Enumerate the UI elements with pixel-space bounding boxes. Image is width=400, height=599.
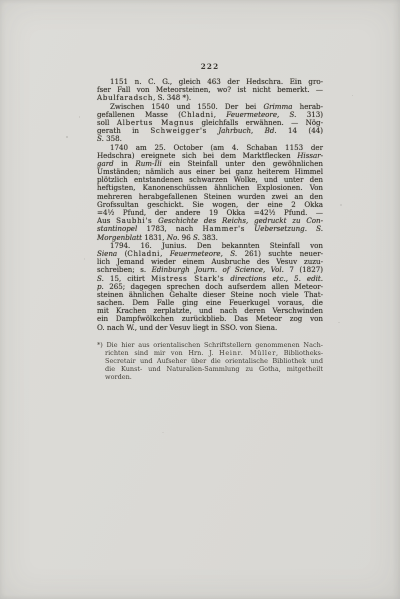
scan-speck	[84, 258, 85, 260]
scan-speck	[162, 432, 164, 433]
text-segment: Jahrbuch	[218, 126, 251, 135]
text-segment: worden.	[105, 373, 132, 381]
text-line: O. nach W., und der Vesuv liegt in SSO. …	[97, 324, 323, 332]
text-segment: S.	[97, 134, 104, 143]
text-segment: Uebersetzung. S.	[254, 224, 323, 233]
text-segment: Bd.	[265, 126, 277, 135]
footnote-line: die Kunst- und Naturalien-Sammlung zu Go…	[97, 365, 323, 373]
text-segment: *) Die hier aus orientalischen Schriftst…	[97, 341, 323, 349]
footnote: *) Die hier aus orientalischen Schriftst…	[97, 341, 323, 381]
text-segment: O. nach W., und der Vesuv liegt in SSO. …	[97, 323, 277, 332]
text-segment	[207, 126, 218, 135]
text-segment: Heinr. Müller	[219, 349, 276, 357]
page-number: 222	[97, 62, 323, 71]
text-segment: Schweigger's	[150, 126, 207, 135]
text-segment: , Bibliotheks-	[276, 349, 323, 357]
scanned-book-page: 222 1151 n. C. G., gleich 463 der Hedsch…	[0, 0, 400, 599]
paragraph: 1151 n. C. G., gleich 463 der Hedschra. …	[97, 78, 323, 103]
footnote-line: richten sind mir von Hrn. J. Heinr. Müll…	[97, 349, 323, 357]
text-segment: ,	[251, 126, 265, 135]
paragraph: Zwischen 1540 und 1550. Der bei Grimma h…	[97, 103, 323, 144]
paragraph: 1794. 16. Junius. Den bekannten Steinfal…	[97, 242, 323, 332]
text-column: 222 1151 n. C. G., gleich 463 der Hedsch…	[97, 62, 323, 381]
text-segment: richten sind mir von Hrn. J.	[105, 349, 219, 357]
scan-speck	[66, 136, 68, 138]
text-segment: Secretair und Aufseher über die oriental…	[105, 357, 323, 365]
text-segment	[245, 224, 254, 233]
scan-speck	[79, 116, 80, 118]
paragraph: 1740 am 25. October (am 4. Schaban 1153 …	[97, 144, 323, 242]
footnote-line: worden.	[97, 373, 323, 381]
scan-speck	[352, 95, 353, 96]
scan-speck	[340, 204, 342, 206]
text-segment: die Kunst- und Naturalien-Sammlung zu Go…	[105, 365, 323, 373]
footnote-line: *) Die hier aus orientalischen Schriftst…	[97, 341, 323, 349]
footnote-line: Secretair und Aufseher über die oriental…	[97, 357, 323, 365]
text-line: gerath in Schweigger's Jahrbuch, Bd. 14 …	[97, 127, 323, 135]
text-block: 1151 n. C. G., gleich 463 der Hedschra. …	[97, 78, 323, 332]
scan-speck	[338, 322, 340, 323]
text-segment: 14 (44)	[277, 126, 323, 135]
